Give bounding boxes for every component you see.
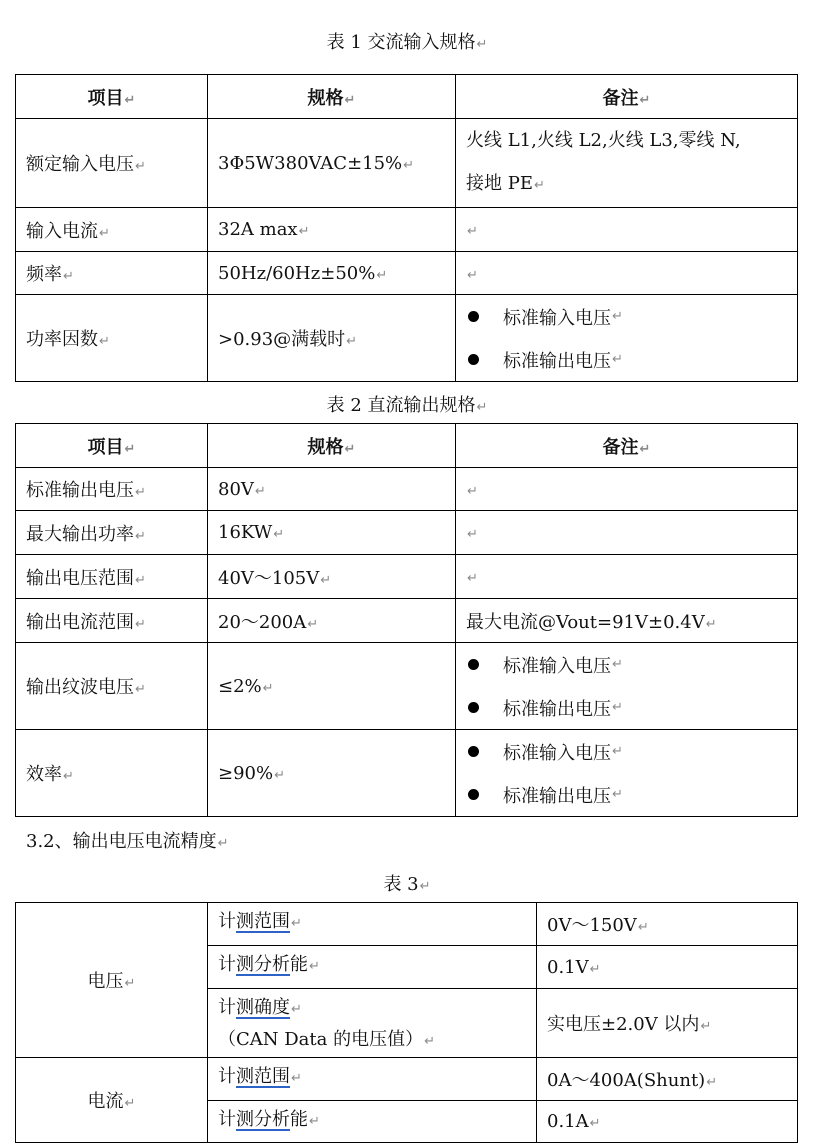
cell-spec: 20～200A↵ xyxy=(208,599,456,643)
paragraph-mark-icon: ↵ xyxy=(291,1071,302,1086)
text: 测范围 xyxy=(236,911,290,932)
cell-item: 额定输入电压↵ xyxy=(16,119,208,208)
cell-note: ↵ xyxy=(456,252,798,295)
cell-value: 0A～400A(Shunt)↵ xyxy=(537,1058,798,1101)
cell-value: 实电压±2.0V 以内↵ xyxy=(537,989,798,1058)
paragraph-mark-icon: ↵ xyxy=(424,1034,435,1049)
cell-param: 计测分析能↵ xyxy=(208,946,537,989)
text: 输出纹波电压 xyxy=(26,677,134,698)
bullet-icon xyxy=(468,702,479,713)
paragraph-mark-icon: ↵ xyxy=(135,682,146,697)
paragraph-mark-icon: ↵ xyxy=(345,442,356,457)
text: 接地 PE↵ xyxy=(466,162,787,207)
group-current: 电流↵ xyxy=(16,1058,208,1143)
paragraph-mark-icon: ↵ xyxy=(467,527,478,542)
paragraph-mark-icon: ↵ xyxy=(307,617,318,632)
text: 频率 xyxy=(26,264,62,285)
table3-caption: 表 3↵ xyxy=(0,870,814,896)
text: 40V～105V xyxy=(218,568,319,589)
text: 0A～400A(Shunt) xyxy=(547,1070,705,1091)
cell-item: 输出电压范围↵ xyxy=(16,555,208,599)
paragraph-mark-icon: ↵ xyxy=(467,224,478,239)
paragraph-mark-icon: ↵ xyxy=(534,178,545,193)
text: 备注 xyxy=(603,88,639,109)
cell-note: 标准输入电压↵ 标准输出电压↵ xyxy=(456,730,798,817)
cell-spec: 32A max↵ xyxy=(208,208,456,252)
paragraph-mark-icon: ↵ xyxy=(218,836,229,851)
text: 能 xyxy=(290,1109,308,1130)
paragraph-mark-icon: ↵ xyxy=(346,334,357,349)
table-accuracy: 电压↵ 计测范围↵ 0V～150V↵ 计测分析能↵ 0.1V↵ 计测确度↵（CA… xyxy=(15,902,798,1143)
text: 0V～150V xyxy=(547,915,637,936)
text: 计 xyxy=(218,997,236,1018)
text: 测确度 xyxy=(236,997,290,1018)
bullet-icon xyxy=(468,746,479,757)
bullet-item: 标准输出电压↵ xyxy=(466,338,787,381)
text: 标准输入电压 xyxy=(503,739,611,765)
cell-note: ↵ xyxy=(456,208,798,252)
table-row: 输出电压范围↵ 40V～105V↵ ↵ xyxy=(16,555,798,599)
text: 表 3 xyxy=(383,874,418,895)
text: 标准输出电压 xyxy=(503,782,611,808)
cell-value: 0.1A↵ xyxy=(537,1101,798,1143)
table-row: 输出纹波电压↵ ≤2%↵ 标准输入电压↵ 标准输出电压↵ xyxy=(16,643,798,730)
text: 3.2、输出电压电流精度 xyxy=(26,831,217,852)
paragraph-mark-icon: ↵ xyxy=(612,787,623,802)
text: 火线 L1,火线 L2,火线 L3,零线 N, xyxy=(466,119,787,162)
paragraph-mark-icon: ↵ xyxy=(291,916,302,931)
paragraph-mark-icon: ↵ xyxy=(63,769,74,784)
group-voltage: 电压↵ xyxy=(16,903,208,1058)
text: 接地 PE xyxy=(466,173,533,194)
cell-param: 计测分析能↵ xyxy=(208,1101,537,1143)
text: 额定输入电压 xyxy=(26,154,134,175)
paragraph-mark-icon: ↵ xyxy=(640,442,651,457)
table-row: 输出电流范围↵ 20～200A↵ 最大电流@Vout=91V±0.4V↵ xyxy=(16,599,798,643)
text: 50Hz/60Hz±50% xyxy=(218,263,375,284)
cell-note: 标准输入电压↵ 标准输出电压↵ xyxy=(456,643,798,730)
table-row: 额定输入电压↵ 3Φ5W380VAC±15%↵ 火线 L1,火线 L2,火线 L… xyxy=(16,119,798,208)
text: 0.1V xyxy=(547,957,589,978)
paragraph-mark-icon: ↵ xyxy=(477,37,488,52)
text: 规格 xyxy=(308,88,344,109)
header-spec: 规格↵ xyxy=(208,424,456,468)
paragraph-mark-icon: ↵ xyxy=(467,484,478,499)
paragraph-mark-icon: ↵ xyxy=(706,1075,717,1090)
paragraph-mark-icon: ↵ xyxy=(640,93,651,108)
paragraph-mark-icon: ↵ xyxy=(135,529,146,544)
paragraph-mark-icon: ↵ xyxy=(477,400,488,415)
paragraph-mark-icon: ↵ xyxy=(309,1114,320,1129)
cell-spec: 3Φ5W380VAC±15%↵ xyxy=(208,119,456,208)
bullet-item: 标准输入电压↵ xyxy=(466,730,787,773)
text: 计 xyxy=(218,954,236,975)
text: 测分析 xyxy=(236,1109,290,1130)
cell-spec: 40V～105V↵ xyxy=(208,555,456,599)
text: 计 xyxy=(218,1066,236,1087)
table-row: 输入电流↵ 32A max↵ ↵ xyxy=(16,208,798,252)
text: 16KW xyxy=(218,522,272,543)
paragraph-mark-icon: ↵ xyxy=(125,1096,136,1111)
text: （CAN Data 的电压值） xyxy=(218,1029,423,1050)
cell-note: 最大电流@Vout=91V±0.4V↵ xyxy=(456,599,798,643)
bullet-icon xyxy=(468,354,479,365)
text: 计 xyxy=(218,911,236,932)
cell-spec: 80V↵ xyxy=(208,468,456,511)
header-item: 项目↵ xyxy=(16,75,208,119)
text: 备注 xyxy=(603,437,639,458)
bullet-item: 标准输出电压↵ xyxy=(466,773,787,816)
header-spec: 规格↵ xyxy=(208,75,456,119)
text: 项目 xyxy=(88,88,124,109)
bullet-icon xyxy=(468,789,479,800)
paragraph-mark-icon: ↵ xyxy=(467,571,478,586)
paragraph-mark-icon: ↵ xyxy=(612,700,623,715)
text: 标准输出电压 xyxy=(503,347,611,373)
cell-item: 输出电流范围↵ xyxy=(16,599,208,643)
text: 计测确度↵ xyxy=(218,993,526,1025)
text: 32A max xyxy=(218,219,298,240)
table-row: 标准输出电压↵ 80V↵ ↵ xyxy=(16,468,798,511)
cell-param: 计测确度↵（CAN Data 的电压值）↵ xyxy=(208,989,537,1058)
text: 项目 xyxy=(88,437,124,458)
header-note: 备注↵ xyxy=(456,75,798,119)
paragraph-mark-icon: ↵ xyxy=(638,920,649,935)
table-row: 最大输出功率↵ 16KW↵ ↵ xyxy=(16,511,798,555)
text: 实电压±2.0V 以内 xyxy=(547,1014,699,1035)
paragraph-mark-icon: ↵ xyxy=(420,879,431,894)
paragraph-mark-icon: ↵ xyxy=(309,959,320,974)
table-ac-input: 项目↵ 规格↵ 备注↵ 额定输入电压↵ 3Φ5W380VAC±15%↵ 火线 L… xyxy=(15,74,798,382)
paragraph-mark-icon: ↵ xyxy=(274,768,285,783)
cell-item: 功率因数↵ xyxy=(16,295,208,382)
text: 计 xyxy=(218,1109,236,1130)
text: 测范围 xyxy=(236,1066,290,1087)
cell-item: 输入电流↵ xyxy=(16,208,208,252)
paragraph-mark-icon: ↵ xyxy=(63,269,74,284)
bullet-icon xyxy=(468,659,479,670)
paragraph-mark-icon: ↵ xyxy=(291,1002,302,1017)
bullet-item: 标准输出电压↵ xyxy=(466,686,787,729)
table-dc-output: 项目↵ 规格↵ 备注↵ 标准输出电压↵ 80V↵ ↵ 最大输出功率↵ 16KW↵… xyxy=(15,423,798,817)
paragraph-mark-icon: ↵ xyxy=(590,962,601,977)
text: 标准输入电压 xyxy=(503,304,611,330)
table-row: 电流↵ 计测范围↵ 0A～400A(Shunt)↵ xyxy=(16,1058,798,1101)
text: 标准输入电压 xyxy=(503,652,611,678)
cell-note: ↵ xyxy=(456,468,798,511)
paragraph-mark-icon: ↵ xyxy=(590,1116,601,1131)
text: 电流 xyxy=(88,1091,124,1112)
text: 电压 xyxy=(88,971,124,992)
table-row: 频率↵ 50Hz/60Hz±50%↵ ↵ xyxy=(16,252,798,295)
text: 0.1A xyxy=(547,1111,589,1132)
text: 输入电流 xyxy=(26,221,98,242)
paragraph-mark-icon: ↵ xyxy=(263,681,274,696)
text: （CAN Data 的电压值）↵ xyxy=(218,1025,526,1057)
text: 效率 xyxy=(26,764,62,785)
cell-value: 0.1V↵ xyxy=(537,946,798,989)
section-heading: 3.2、输出电压电流精度↵ xyxy=(26,827,229,853)
cell-item: 输出纹波电压↵ xyxy=(16,643,208,730)
cell-spec: 16KW↵ xyxy=(208,511,456,555)
cell-note: ↵ xyxy=(456,511,798,555)
cell-spec: 50Hz/60Hz±50%↵ xyxy=(208,252,456,295)
cell-spec: ≥90%↵ xyxy=(208,730,456,817)
cell-item: 最大输出功率↵ xyxy=(16,511,208,555)
cell-item: 效率↵ xyxy=(16,730,208,817)
paragraph-mark-icon: ↵ xyxy=(403,158,414,173)
table-row: 电压↵ 计测范围↵ 0V～150V↵ xyxy=(16,903,798,946)
text: 80V xyxy=(218,479,254,500)
paragraph-mark-icon: ↵ xyxy=(135,159,146,174)
table-row: 功率因数↵ >0.93@满载时↵ 标准输入电压↵ 标准输出电压↵ xyxy=(16,295,798,382)
cell-note: ↵ xyxy=(456,555,798,599)
text: 3Φ5W380VAC±15% xyxy=(218,153,402,174)
bullet-item: 标准输入电压↵ xyxy=(466,643,787,686)
bullet-icon xyxy=(468,311,479,322)
text: ≥90% xyxy=(218,763,273,784)
cell-param: 计测范围↵ xyxy=(208,1058,537,1101)
text: 标准输出电压 xyxy=(503,695,611,721)
paragraph-mark-icon: ↵ xyxy=(99,334,110,349)
paragraph-mark-icon: ↵ xyxy=(612,309,623,324)
text: ≤2% xyxy=(218,676,262,697)
text: 表 2 直流输出规格 xyxy=(327,395,476,416)
text: 输出电流范围 xyxy=(26,612,134,633)
paragraph-mark-icon: ↵ xyxy=(125,442,136,457)
paragraph-mark-icon: ↵ xyxy=(299,224,310,239)
paragraph-mark-icon: ↵ xyxy=(255,484,266,499)
paragraph-mark-icon: ↵ xyxy=(706,617,717,632)
paragraph-mark-icon: ↵ xyxy=(135,617,146,632)
text: 标准输出电压 xyxy=(26,480,134,501)
paragraph-mark-icon: ↵ xyxy=(99,226,110,241)
cell-spec: ≤2%↵ xyxy=(208,643,456,730)
paragraph-mark-icon: ↵ xyxy=(125,976,136,991)
bullet-item: 标准输入电压↵ xyxy=(466,295,787,338)
table-row: 效率↵ ≥90%↵ 标准输入电压↵ 标准输出电压↵ xyxy=(16,730,798,817)
paragraph-mark-icon: ↵ xyxy=(612,352,623,367)
paragraph-mark-icon: ↵ xyxy=(700,1019,711,1034)
cell-note: 火线 L1,火线 L2,火线 L3,零线 N,接地 PE↵ xyxy=(456,119,798,208)
table2-caption: 表 2 直流输出规格↵ xyxy=(0,391,814,417)
text: >0.93@满载时 xyxy=(218,329,345,350)
paragraph-mark-icon: ↵ xyxy=(467,268,478,283)
table1-caption: 表 1 交流输入规格↵ xyxy=(0,28,814,54)
cell-note: 标准输入电压↵ 标准输出电压↵ xyxy=(456,295,798,382)
cell-item: 标准输出电压↵ xyxy=(16,468,208,511)
text: 输出电压范围 xyxy=(26,568,134,589)
text: 功率因数 xyxy=(26,329,98,350)
cell-param: 计测范围↵ xyxy=(208,903,537,946)
paragraph-mark-icon: ↵ xyxy=(125,93,136,108)
paragraph-mark-icon: ↵ xyxy=(612,657,623,672)
paragraph-mark-icon: ↵ xyxy=(376,268,387,283)
paragraph-mark-icon: ↵ xyxy=(320,573,331,588)
paragraph-mark-icon: ↵ xyxy=(345,93,356,108)
cell-value: 0V～150V↵ xyxy=(537,903,798,946)
text: 规格 xyxy=(308,437,344,458)
text: 测分析 xyxy=(236,954,290,975)
paragraph-mark-icon: ↵ xyxy=(135,573,146,588)
paragraph-mark-icon: ↵ xyxy=(612,744,623,759)
paragraph-mark-icon: ↵ xyxy=(273,527,284,542)
cell-spec: >0.93@满载时↵ xyxy=(208,295,456,382)
text: 最大输出功率 xyxy=(26,524,134,545)
header-item: 项目↵ xyxy=(16,424,208,468)
text: 表 1 交流输入规格 xyxy=(327,32,476,53)
text: 能 xyxy=(290,954,308,975)
paragraph-mark-icon: ↵ xyxy=(135,485,146,500)
header-note: 备注↵ xyxy=(456,424,798,468)
text: 最大电流@Vout=91V±0.4V xyxy=(466,612,705,633)
cell-item: 频率↵ xyxy=(16,252,208,295)
text: 20～200A xyxy=(218,612,306,633)
